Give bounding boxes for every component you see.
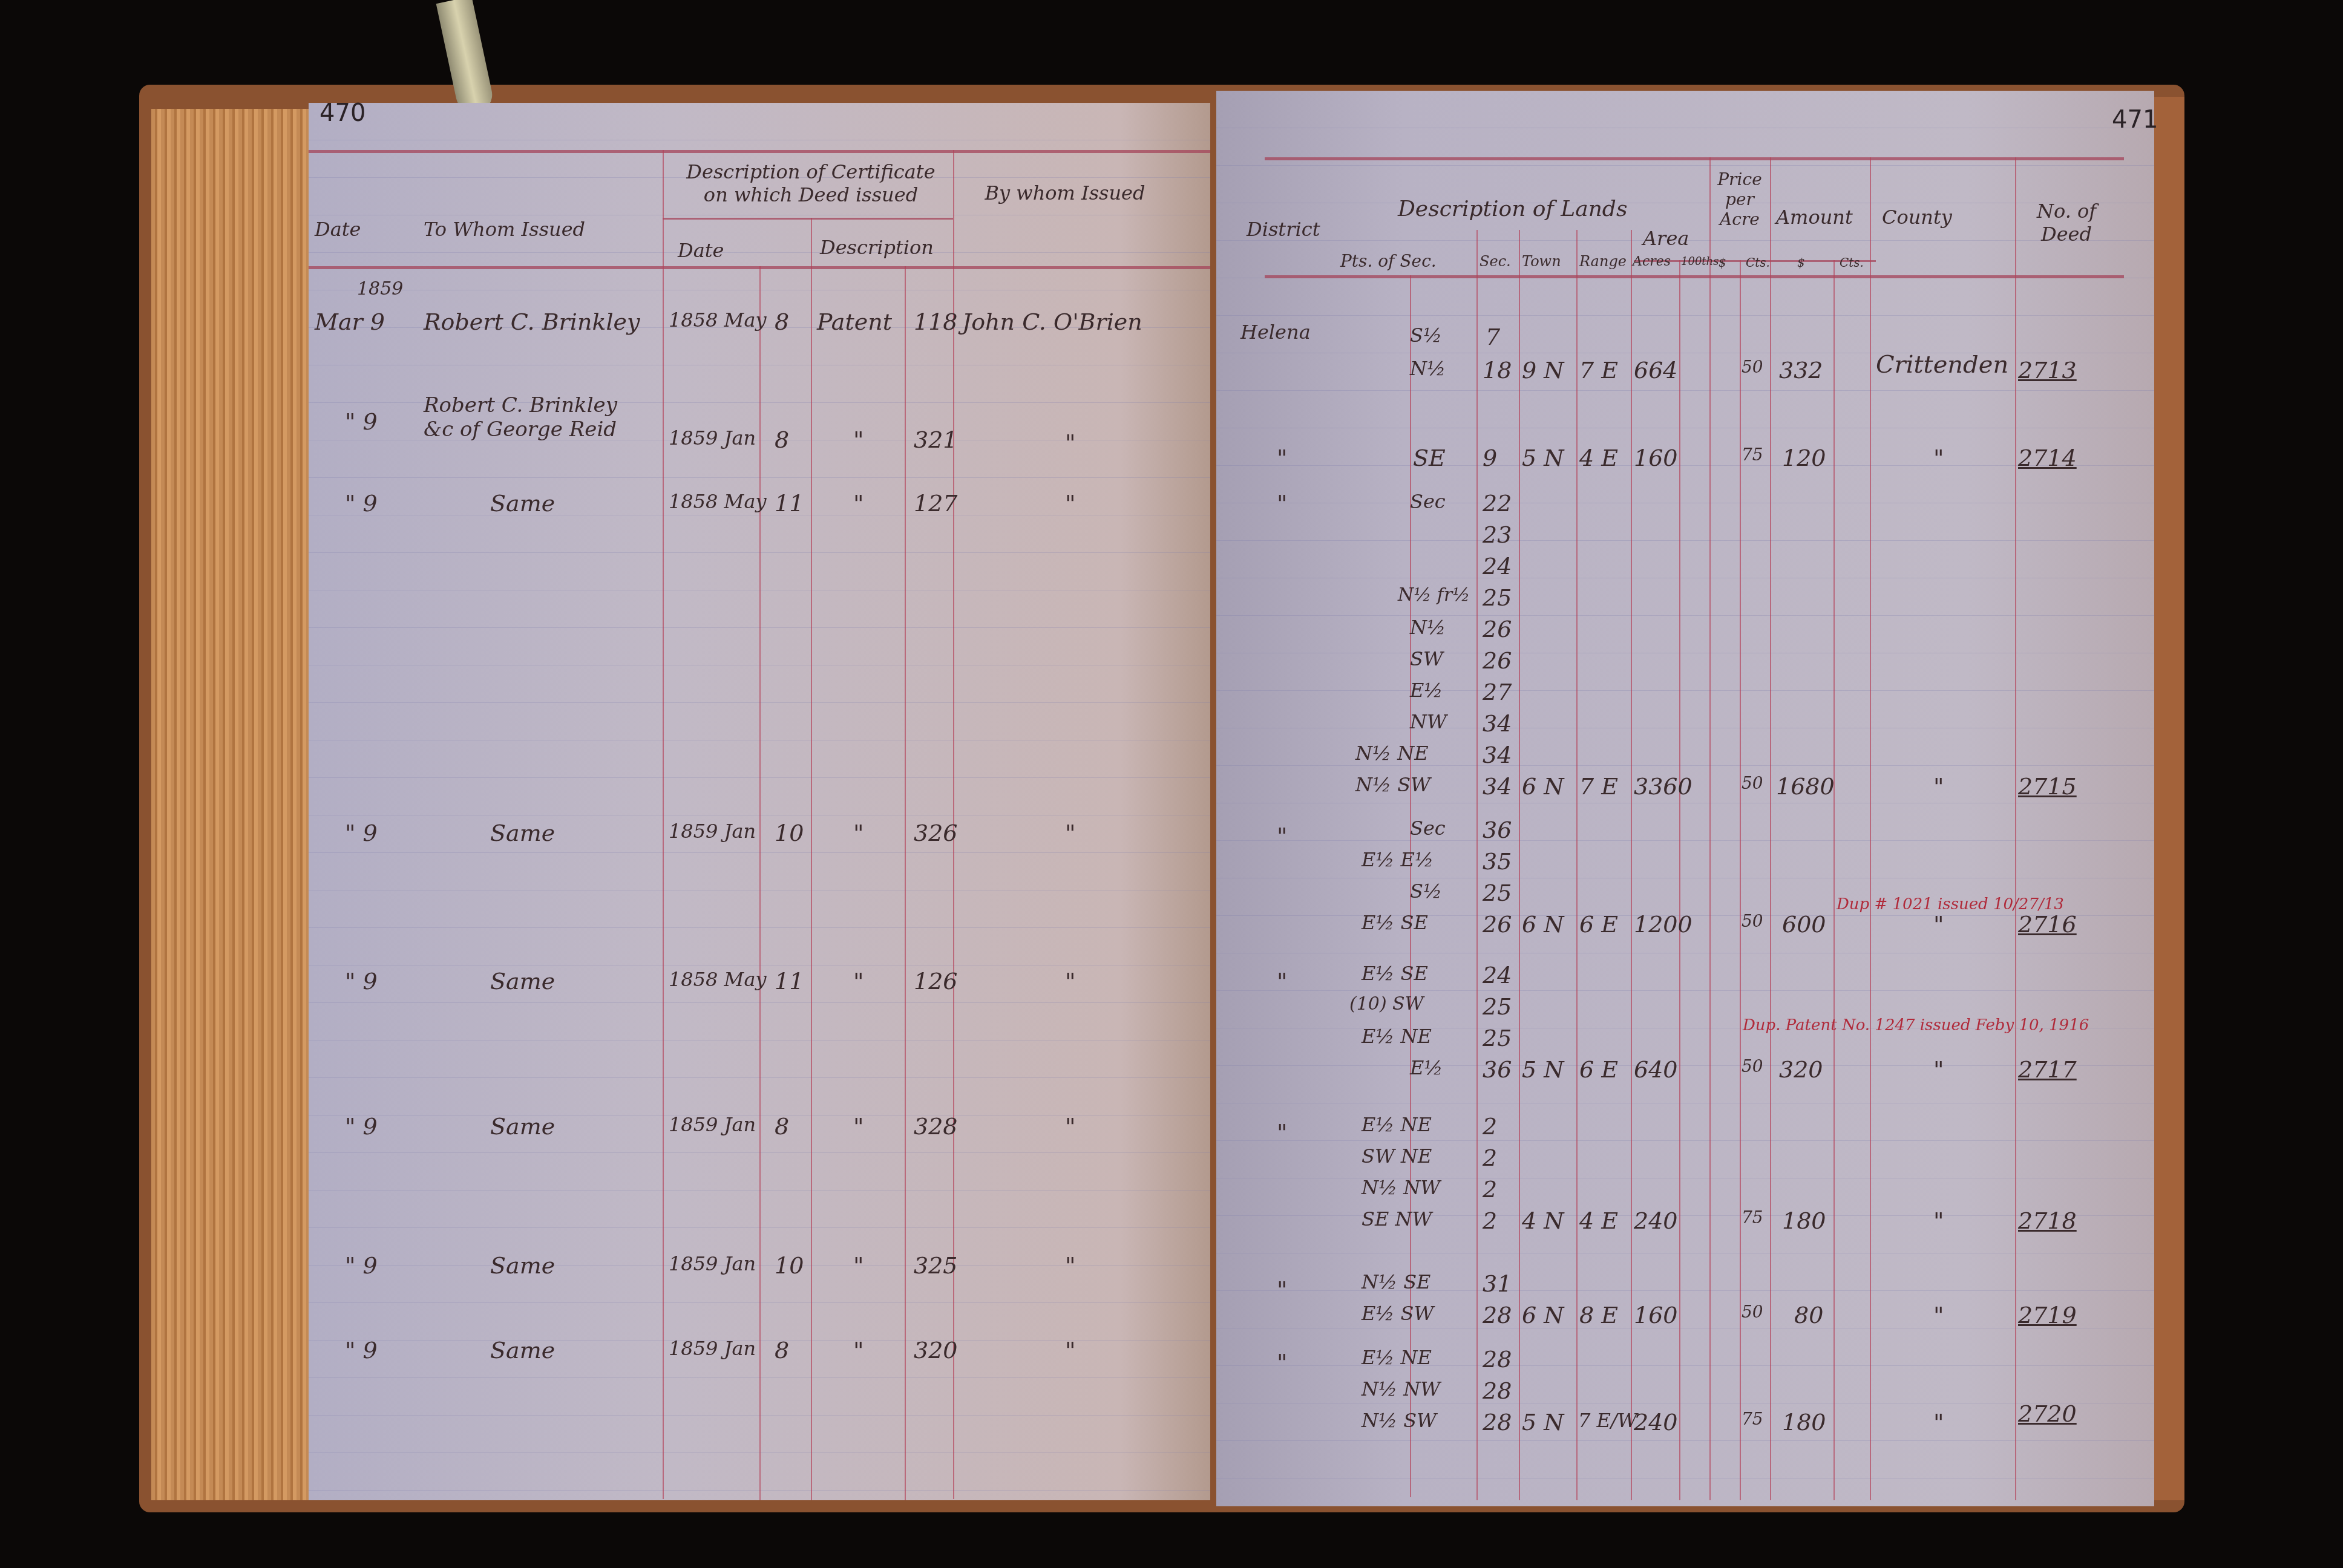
left-page: 470 Date To Whom Issued Description of C… [309, 103, 1210, 1500]
ledger-cell: NW [1410, 710, 1447, 733]
ledger-cell: 600 [1782, 911, 1826, 938]
ledger-rule-line [663, 218, 953, 220]
ledger-cell: Mar [315, 309, 363, 335]
ledger-cell: N½ [1410, 616, 1446, 639]
ledger-cell: SW NE [1362, 1145, 1432, 1168]
ledger-cell: 9 N [1522, 357, 1564, 384]
ledger-cell: Crittenden [1876, 351, 2008, 379]
ledger-cell: E½ SW [1362, 1302, 1434, 1325]
ledger-rule-line [1631, 230, 1632, 1500]
ledger-cell: " [1065, 820, 1075, 846]
ledger-cell: SW [1410, 647, 1443, 670]
ledger-cell: 11 [775, 968, 804, 995]
ledger-cell: 8 E [1579, 1302, 1618, 1328]
ledger-rule-line [905, 266, 906, 1500]
ledger-cell: 2 [1483, 1113, 1497, 1140]
ledger-cell: Town [1522, 253, 1561, 270]
ledger-cell: 11 [775, 490, 804, 517]
ledger-cell: 9 [1483, 445, 1497, 471]
ledger-cell: Helena [1240, 321, 1311, 344]
ledger-cell: 25 [1483, 880, 1512, 906]
ledger-cell: 22 [1483, 490, 1512, 517]
ledger-cell: 24 [1483, 553, 1512, 580]
ledger-cell: " [1277, 823, 1287, 849]
ledger-cell: 23 [1483, 521, 1512, 548]
ledger-cell: 1859 Jan [669, 820, 756, 843]
ledger-cell: " [1065, 1252, 1075, 1279]
ledger-cell: 9 [363, 1252, 378, 1279]
ledger-cell: 7 E [1579, 773, 1618, 800]
ledger-cell: 9 [363, 1337, 378, 1364]
ledger-cell: 5 N [1522, 1056, 1564, 1083]
ledger-cell: 9 [363, 820, 378, 846]
ledger-cell: 28 [1483, 1302, 1512, 1328]
ledger-cell: SE [1413, 445, 1446, 471]
ledger-cell: 320 [914, 1337, 958, 1364]
ledger-cell: (10) SW [1349, 993, 1424, 1014]
ledger-cell: 6 E [1579, 911, 1618, 938]
ledger-cell: 1858 May [669, 968, 767, 991]
ledger-cell: S½ [1410, 880, 1442, 903]
ledger-cell: 25 [1483, 993, 1512, 1020]
ledger-cell: 321 [914, 426, 958, 453]
ledger-cell: 31 [1483, 1270, 1512, 1297]
header-lands: Description of Lands [1398, 197, 1627, 221]
ledger-cell: E½ NE [1362, 1025, 1432, 1048]
header-to-whom: To Whom Issued [424, 218, 585, 241]
ledger-cell: N½ NW [1362, 1377, 1440, 1400]
header-certificate: Description of Certificate on which Deed… [672, 160, 950, 206]
ledger-cell: 7 E/W [1578, 1409, 1637, 1432]
ledger-cell: " [1277, 445, 1287, 471]
ledger-cell: " [345, 968, 355, 995]
ledger-cell: " [853, 1113, 863, 1140]
ledger-rule-line [2015, 157, 2016, 1500]
ledger-cell: 50 [1742, 773, 1763, 793]
ledger-cell: Patent [817, 309, 892, 335]
ledger-cell: Same [490, 820, 555, 846]
annotation-note: Dup. Patent No. 1247 issued Feby 10, 191… [1743, 1016, 2089, 1034]
ledger-cell: 24 [1483, 962, 1512, 988]
ledger-rule-line [1679, 260, 1680, 1500]
ledger-cell: " [1933, 1207, 1944, 1234]
ledger-cell: N½ fr½ [1398, 584, 1470, 606]
ledger-cell: 28 [1483, 1377, 1512, 1404]
ledger-cell: " [1933, 1302, 1944, 1328]
ledger-cell: 6 E [1579, 1056, 1618, 1083]
ledger-cell: 34 [1483, 742, 1512, 768]
ledger-cell: 50 [1742, 357, 1763, 377]
header-amount: Amount [1776, 206, 1853, 229]
deed-number: 2716 [2018, 911, 2077, 938]
ledger-cell: N½ SW [1362, 1409, 1437, 1432]
ledger-cell: " [1065, 968, 1075, 995]
ledger-cell: 9 [363, 408, 378, 435]
ledger-cell: 28 [1483, 1346, 1512, 1373]
ledger-cell: " [1277, 490, 1287, 517]
ledger-cell: 26 [1483, 616, 1512, 642]
ledger-cell: " [1933, 1056, 1944, 1083]
ledger-cell: 240 [1634, 1207, 1678, 1234]
ledger-cell: 332 [1779, 357, 1823, 384]
header-cert-description: Description [820, 236, 934, 259]
deed-number: 2714 [2018, 445, 2077, 471]
ledger-cell: " [1065, 1113, 1075, 1140]
ledger-cell: 3360 [1634, 773, 1693, 800]
ledger-cell: 6 N [1522, 773, 1564, 800]
grantee-name: Robert C. Brinkley &c of George Reid [424, 393, 654, 442]
ledger-cell: 1859 Jan [669, 1252, 756, 1275]
ledger-cell: " [1277, 1349, 1287, 1376]
ledger-cell: " [853, 820, 863, 846]
ledger-cell: 35 [1483, 848, 1512, 875]
ledger-cell: 6 N [1522, 911, 1564, 938]
ledger-cell: 1858 May [669, 490, 767, 513]
ledger-cell: 7 E [1579, 357, 1618, 384]
ledger-cell: 127 [914, 490, 958, 517]
ledger-cell: 50 [1742, 1302, 1763, 1322]
ledger-cell: S½ [1410, 324, 1442, 347]
ledger-rule-line [1709, 157, 1711, 1500]
right-page: 471 District Description of Lands Pts. o… [1216, 91, 2154, 1506]
ledger-cell: 4 E [1579, 445, 1618, 471]
ledger-rule-line [1265, 275, 2124, 278]
ledger-cell: " [1277, 968, 1287, 995]
ledger-cell: " [853, 968, 863, 995]
ledger-cell: " [1277, 1276, 1287, 1303]
ledger-cell: 34 [1483, 710, 1512, 737]
ledger-cell: 28 [1483, 1409, 1512, 1436]
ledger-cell: 4 N [1522, 1207, 1564, 1234]
ledger-cell: 34 [1483, 773, 1512, 800]
deed-number: 2718 [2018, 1207, 2077, 1234]
ledger-cell: 36 [1483, 1056, 1512, 1083]
ledger-cell: 18 [1483, 357, 1512, 384]
ledger-cell: " [1933, 445, 1944, 471]
ledger-cell: Same [490, 1252, 555, 1279]
ledger-cell: " [853, 490, 863, 517]
ledger-cell: " [853, 426, 863, 453]
ledger-cell: E½ E½ [1362, 848, 1434, 871]
ledger-cell: 1680 [1776, 773, 1835, 800]
ledger-cell: SE NW [1362, 1207, 1432, 1230]
ledger-cell: Sec [1410, 490, 1446, 513]
ledger-cell: " [853, 1337, 863, 1364]
ledger-cell: 320 [1779, 1056, 1823, 1083]
ledger-rule-line [1476, 230, 1478, 1500]
ledger-cell: " [345, 490, 355, 517]
header-county: County [1882, 206, 1952, 229]
ledger-cell: 5 N [1522, 1409, 1564, 1436]
ledger-cell: Acres [1633, 254, 1671, 269]
ledger-cell: N½ SW [1355, 773, 1430, 796]
ledger-cell: 6 N [1522, 1302, 1564, 1328]
ledger-cell: " [345, 1337, 355, 1364]
ledger-cell: 75 [1742, 1207, 1763, 1227]
ledger-cell: Cts. [1746, 255, 1770, 270]
deed-number: 2717 [2018, 1056, 2077, 1083]
ledger-cell: 325 [914, 1252, 958, 1279]
header-cert-date: Date [678, 239, 724, 262]
ledger-cell: 1859 Jan [669, 1113, 756, 1136]
ledger-cell: 9 [363, 968, 378, 995]
ledger-rule-line [1740, 260, 1741, 1500]
ledger-cell: E½ [1410, 1056, 1443, 1079]
header-district: District [1247, 218, 1320, 241]
ledger-cell: 50 [1742, 911, 1763, 931]
ledger-cell: " [345, 820, 355, 846]
ledger-cell: 26 [1483, 911, 1512, 938]
ledger-cell: 10 [775, 820, 804, 846]
ledger-cell: N½ [1410, 357, 1446, 380]
ledger-cell: " [1065, 430, 1075, 456]
ledger-cell: 100ths [1681, 255, 1719, 268]
deed-number: 2720 [2018, 1400, 2077, 1427]
page-number-right: 471 [2112, 106, 2158, 134]
ledger-cell: 180 [1782, 1207, 1826, 1234]
deed-number: 2715 [2018, 773, 2077, 800]
ledger-cell: " [1933, 1409, 1944, 1436]
ledger-cell: 5 N [1522, 445, 1564, 471]
ledger-rule-line [309, 150, 1210, 153]
ledger-cell: 126 [914, 968, 958, 995]
ledger-cell: " [345, 1113, 355, 1140]
ledger-rule-line [1870, 157, 1871, 1500]
ledger-cell: 2 [1483, 1176, 1497, 1203]
deed-number: 2719 [2018, 1302, 2077, 1328]
ledger-cell: 26 [1483, 647, 1512, 674]
ledger-rule-line [1770, 157, 1771, 1500]
ledger-cell: 180 [1782, 1409, 1826, 1436]
ledger-cell: E½ SE [1362, 911, 1428, 934]
page-number-left: 470 [319, 99, 365, 127]
ledger-cell: Same [490, 1113, 555, 1140]
ledger-cell: $ [1797, 255, 1805, 270]
ledger-cell: N½ SE [1362, 1270, 1430, 1293]
header-deed-no: No. of Deed [2027, 200, 2106, 246]
header-by-whom: By whom Issued [974, 181, 1156, 204]
page-edges-left [151, 109, 315, 1500]
ledger-rule-line [663, 150, 664, 1499]
ledger-cell: E½ SE [1362, 962, 1428, 985]
ledger-cell: " [1933, 773, 1944, 800]
ledger-cell: 2 [1483, 1145, 1497, 1171]
ledger-cell: 80 [1794, 1302, 1823, 1328]
ledger-cell: 1858 May [669, 309, 767, 332]
ledger-cell: 25 [1483, 1025, 1512, 1051]
ledger-cell: Sec. [1480, 253, 1511, 270]
ledger-cell: John C. O'Brien [962, 309, 1142, 335]
ledger-cell: " [1933, 911, 1944, 938]
ledger-cell: 75 [1742, 1409, 1763, 1429]
ledger-cell: 9 [370, 309, 385, 335]
ledger-cell: Same [490, 968, 555, 995]
ledger-cell: 7 [1486, 324, 1500, 350]
ledger-cell: " [1065, 490, 1075, 517]
ledger-cell: 8 [775, 426, 789, 453]
ledger-cell: " [853, 1252, 863, 1279]
ledger-cell: 8 [775, 1113, 789, 1140]
ledger-rule-line [1265, 157, 2124, 160]
year-mark: 1859 [357, 278, 403, 299]
ledger-cell: 640 [1634, 1056, 1678, 1083]
ledger-cell: Pts. of Sec. [1340, 251, 1437, 271]
ledger-cell: Same [490, 490, 555, 517]
ledger-cell: 75 [1742, 445, 1763, 465]
ledger-cell: 50 [1742, 1056, 1763, 1076]
ledger-cell: 160 [1634, 445, 1678, 471]
ledger-cell: 664 [1634, 357, 1678, 384]
ledger-cell: E½ NE [1362, 1346, 1432, 1369]
ledger-cell: Area [1643, 227, 1689, 250]
ledger-cell: Sec [1410, 817, 1446, 840]
ledger-cell: 2 [1483, 1207, 1497, 1234]
ledger-cell: 1200 [1634, 911, 1693, 938]
ledger-cell: E½ NE [1362, 1113, 1432, 1136]
ledger-rule-line [1519, 230, 1520, 1500]
page-edges-right [2154, 97, 2184, 1500]
ledger-cell: 10 [775, 1252, 804, 1279]
ledger-cell: 9 [363, 490, 378, 517]
ledger-rule-line [1576, 230, 1578, 1500]
ledger-rule-line [811, 218, 812, 1500]
header-price: Price per Acre [1712, 169, 1767, 229]
ledger-cell: N½ NE [1355, 742, 1429, 765]
ledger-cell: 240 [1634, 1409, 1678, 1436]
ledger-cell: E½ [1410, 679, 1443, 702]
ledger-cell: 36 [1483, 817, 1512, 843]
ledger-cell: 1859 Jan [669, 1337, 756, 1360]
ledger-cell: Range [1579, 253, 1627, 270]
ledger-cell: 8 [775, 309, 789, 335]
ledger-cell: 160 [1634, 1302, 1678, 1328]
ledger-cell: 9 [363, 1113, 378, 1140]
ledger-cell: " [1065, 1337, 1075, 1364]
ledger-rule-line [759, 266, 761, 1500]
ledger-cell: 4 E [1579, 1207, 1618, 1234]
ledger-cell: 326 [914, 820, 958, 846]
ledger-cell: 25 [1483, 584, 1512, 611]
ledger-rule-line [1833, 260, 1835, 1500]
ledger-cell: Same [490, 1337, 555, 1364]
ledger-cell: 1859 Jan [669, 426, 756, 449]
ledger-cell: 8 [775, 1337, 789, 1364]
ledger-cell: N½ NW [1362, 1176, 1440, 1199]
ledger-cell: 328 [914, 1113, 958, 1140]
ledger-cell: 120 [1782, 445, 1826, 471]
grantee-name: Robert C. Brinkley [424, 309, 640, 335]
ledger-cell: 27 [1483, 679, 1512, 705]
ledger-cell: $ [1719, 255, 1726, 270]
ledger-cell: 118 [914, 309, 958, 335]
ledger-cell: Cts. [1840, 255, 1864, 270]
ledger-cell: " [1277, 1119, 1287, 1146]
header-date: Date [315, 218, 361, 241]
ledger-cell: " [345, 1252, 355, 1279]
deed-number: 2713 [2018, 357, 2077, 384]
ledger-cell: " [345, 408, 355, 435]
